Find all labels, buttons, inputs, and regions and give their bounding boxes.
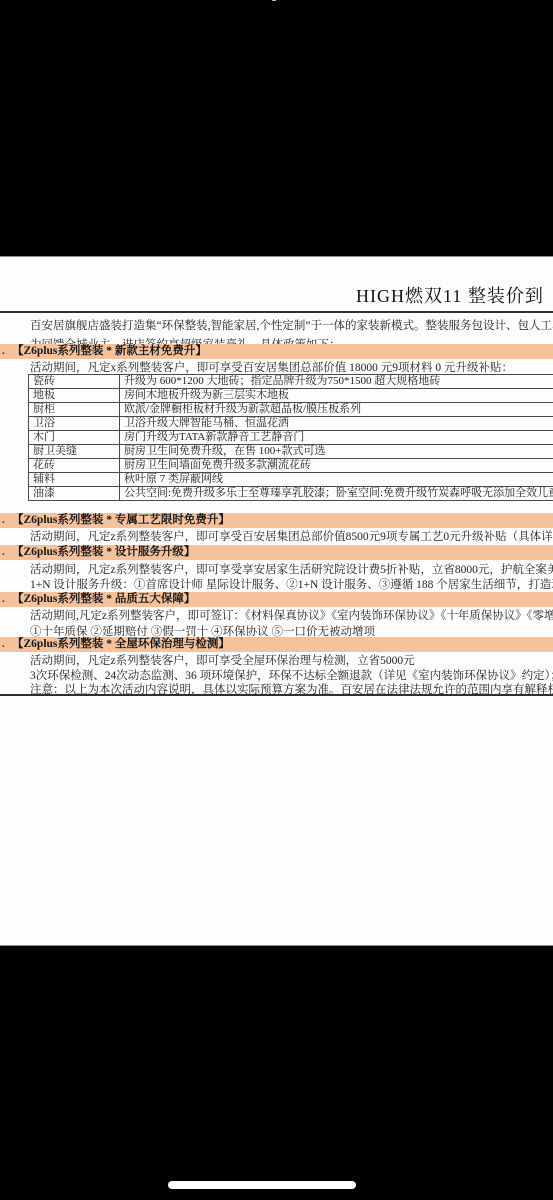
list-number-cropped: . [2, 344, 5, 359]
document-page: HIGH燃双11 整装价到 百安居旗舰店盛装打造集“环保整装,智能家居,个性定制… [0, 256, 553, 946]
section-header-text: 【Z6plus系列整装 * 专属工艺限时免费升】 [12, 513, 230, 528]
table-cell-desc: 厨房卫生间墙面免费升级多款潮流花砖 [120, 459, 553, 473]
table-cell-term: 卫浴 [29, 417, 120, 431]
section-body-line: 活动期间，凡定z系列整装客户，即可享受享安居家生活研究院设计费5折补贴，立省80… [30, 563, 553, 577]
table-cell-desc: 房门升级为TATA新款静音工艺静音门 [120, 431, 553, 445]
section-header-bar: . 【Z6plus系列整装 * 新款主材免费升】 [0, 344, 553, 359]
table-cell-desc: 秋叶原 7 类屏蔽网线 [120, 473, 553, 487]
home-indicator-bar[interactable] [168, 1181, 356, 1189]
table-row: 瓷砖 升级为 600*1200 大地砖；指定品牌升级为750*1500 超大规格… [29, 375, 553, 389]
table-row: 地板 房间木地板升级为新三层实木地板 [29, 389, 553, 403]
table-cell-term: 厨柜 [29, 403, 120, 417]
status-clock: 11/11 [0, 0, 553, 6]
table-cell-term: 木门 [29, 431, 120, 445]
section-header-text: 【Z6plus系列整装 * 全屋环保治理与检测】 [12, 637, 230, 652]
document-bottom-rule [0, 694, 553, 696]
section-header-text: 【Z6plus系列整装 * 设计服务升级】 [12, 545, 195, 560]
section-header-bar: . 【Z6plus系列整装 * 品质五大保障】 [0, 592, 553, 607]
section-header-bar: . 【Z6plus系列整装 * 设计服务升级】 [0, 545, 553, 560]
section-header-text: 【Z6plus系列整装 * 品质五大保障】 [12, 592, 195, 607]
table-cell-desc: 欧派/金牌橱柜板材升级为新款超晶板/膜压板系列 [120, 403, 553, 417]
section-body-line: 3次环保检测、24次动态监测、36 项环境保护，环保不达标全额退款（详见《室内装… [30, 669, 553, 683]
table-row: 油漆 公共空间:免费升级多乐士至尊瑧享乳胶漆；卧室空间:免费升级竹炭森呼吸无添加… [29, 487, 553, 501]
list-number-cropped: . [2, 592, 5, 607]
table-cell-term: 辅料 [29, 473, 120, 487]
title-underline [0, 311, 553, 313]
section-header-text: 【Z6plus系列整装 * 新款主材免费升】 [12, 344, 207, 359]
table-cell-desc: 卫浴升级大牌智能马桶、恒温花洒 [120, 417, 553, 431]
section-body-line: 活动期间，凡定z系列整装客户，即可享受全屋环保治理与检测，立省5000元 [30, 654, 553, 668]
table-row: 辅料 秋叶原 7 类屏蔽网线 [29, 473, 553, 487]
table-cell-desc: 升级为 600*1200 大地砖；指定品牌升级为750*1500 超大规格地砖 [120, 375, 553, 389]
table-row: 花砖 厨房卫生间墙面免费升级多款潮流花砖 [29, 459, 553, 473]
document-title: HIGH燃双11 整装价到 [356, 282, 544, 308]
list-number-cropped: . [2, 637, 5, 652]
table-cell-term: 油漆 [29, 487, 120, 501]
section-body-line: 1+N 设计服务升级：①首席设计师 星际设计服务、②1+N 设计服务、③遵循 1… [30, 578, 553, 592]
table-row: 卫浴 卫浴升级大牌智能马桶、恒温花洒 [29, 417, 553, 431]
list-number-cropped: . [2, 513, 5, 528]
section-body-line: 活动期间，凡定z系列整装客户，即可享受百安居集团总部价值8500元9项专属工艺0… [30, 530, 553, 544]
table-row: 厨卫美缝 厨房卫生间免费升级，在售 100+款式可选 [29, 445, 553, 459]
table-cell-term: 瓷砖 [29, 375, 120, 389]
table-cell-term: 花砖 [29, 459, 120, 473]
intro-line: 百安居旗舰店盛装打造集“环保整装,智能家居,个性定制”于一体的家装新模式。整装服… [30, 319, 553, 333]
section-header-bar: . 【Z6plus系列整装 * 全屋环保治理与检测】 [0, 637, 553, 652]
material-upgrade-table: 瓷砖 升级为 600*1200 大地砖；指定品牌升级为750*1500 超大规格… [28, 374, 553, 501]
phone-screenshot-frame: 11/11 HIGH燃双11 整装价到 百安居旗舰店盛装打造集“环保整装,智能家… [0, 0, 553, 1200]
table-row: 厨柜 欧派/金牌橱柜板材升级为新款超晶板/膜压板系列 [29, 403, 553, 417]
section-body-line: 活动期间,凡定z系列整装客户，即可签订：《材料保真协议》《室内装饰环保协议》《十… [30, 609, 553, 623]
table-cell-desc: 厨房卫生间免费升级，在售 100+款式可选 [120, 445, 553, 459]
section-header-bar: . 【Z6plus系列整装 * 专属工艺限时免费升】 [0, 513, 553, 528]
list-number-cropped: . [2, 545, 5, 560]
table-cell-term: 地板 [29, 389, 120, 403]
table-cell-term: 厨卫美缝 [29, 445, 120, 459]
table-cell-desc: 房间木地板升级为新三层实木地板 [120, 389, 553, 403]
section-body-line: 活动期间，凡定x系列整装客户，即可享受百安居集团总部价值 18000 元9项材料… [30, 361, 553, 375]
table-row: 木门 房门升级为TATA新款静音工艺静音门 [29, 431, 553, 445]
table-cell-desc: 公共空间:免费升级多乐士至尊瑧享乳胶漆；卧室空间:免费升级竹炭森呼吸无添加全效儿… [120, 487, 553, 501]
